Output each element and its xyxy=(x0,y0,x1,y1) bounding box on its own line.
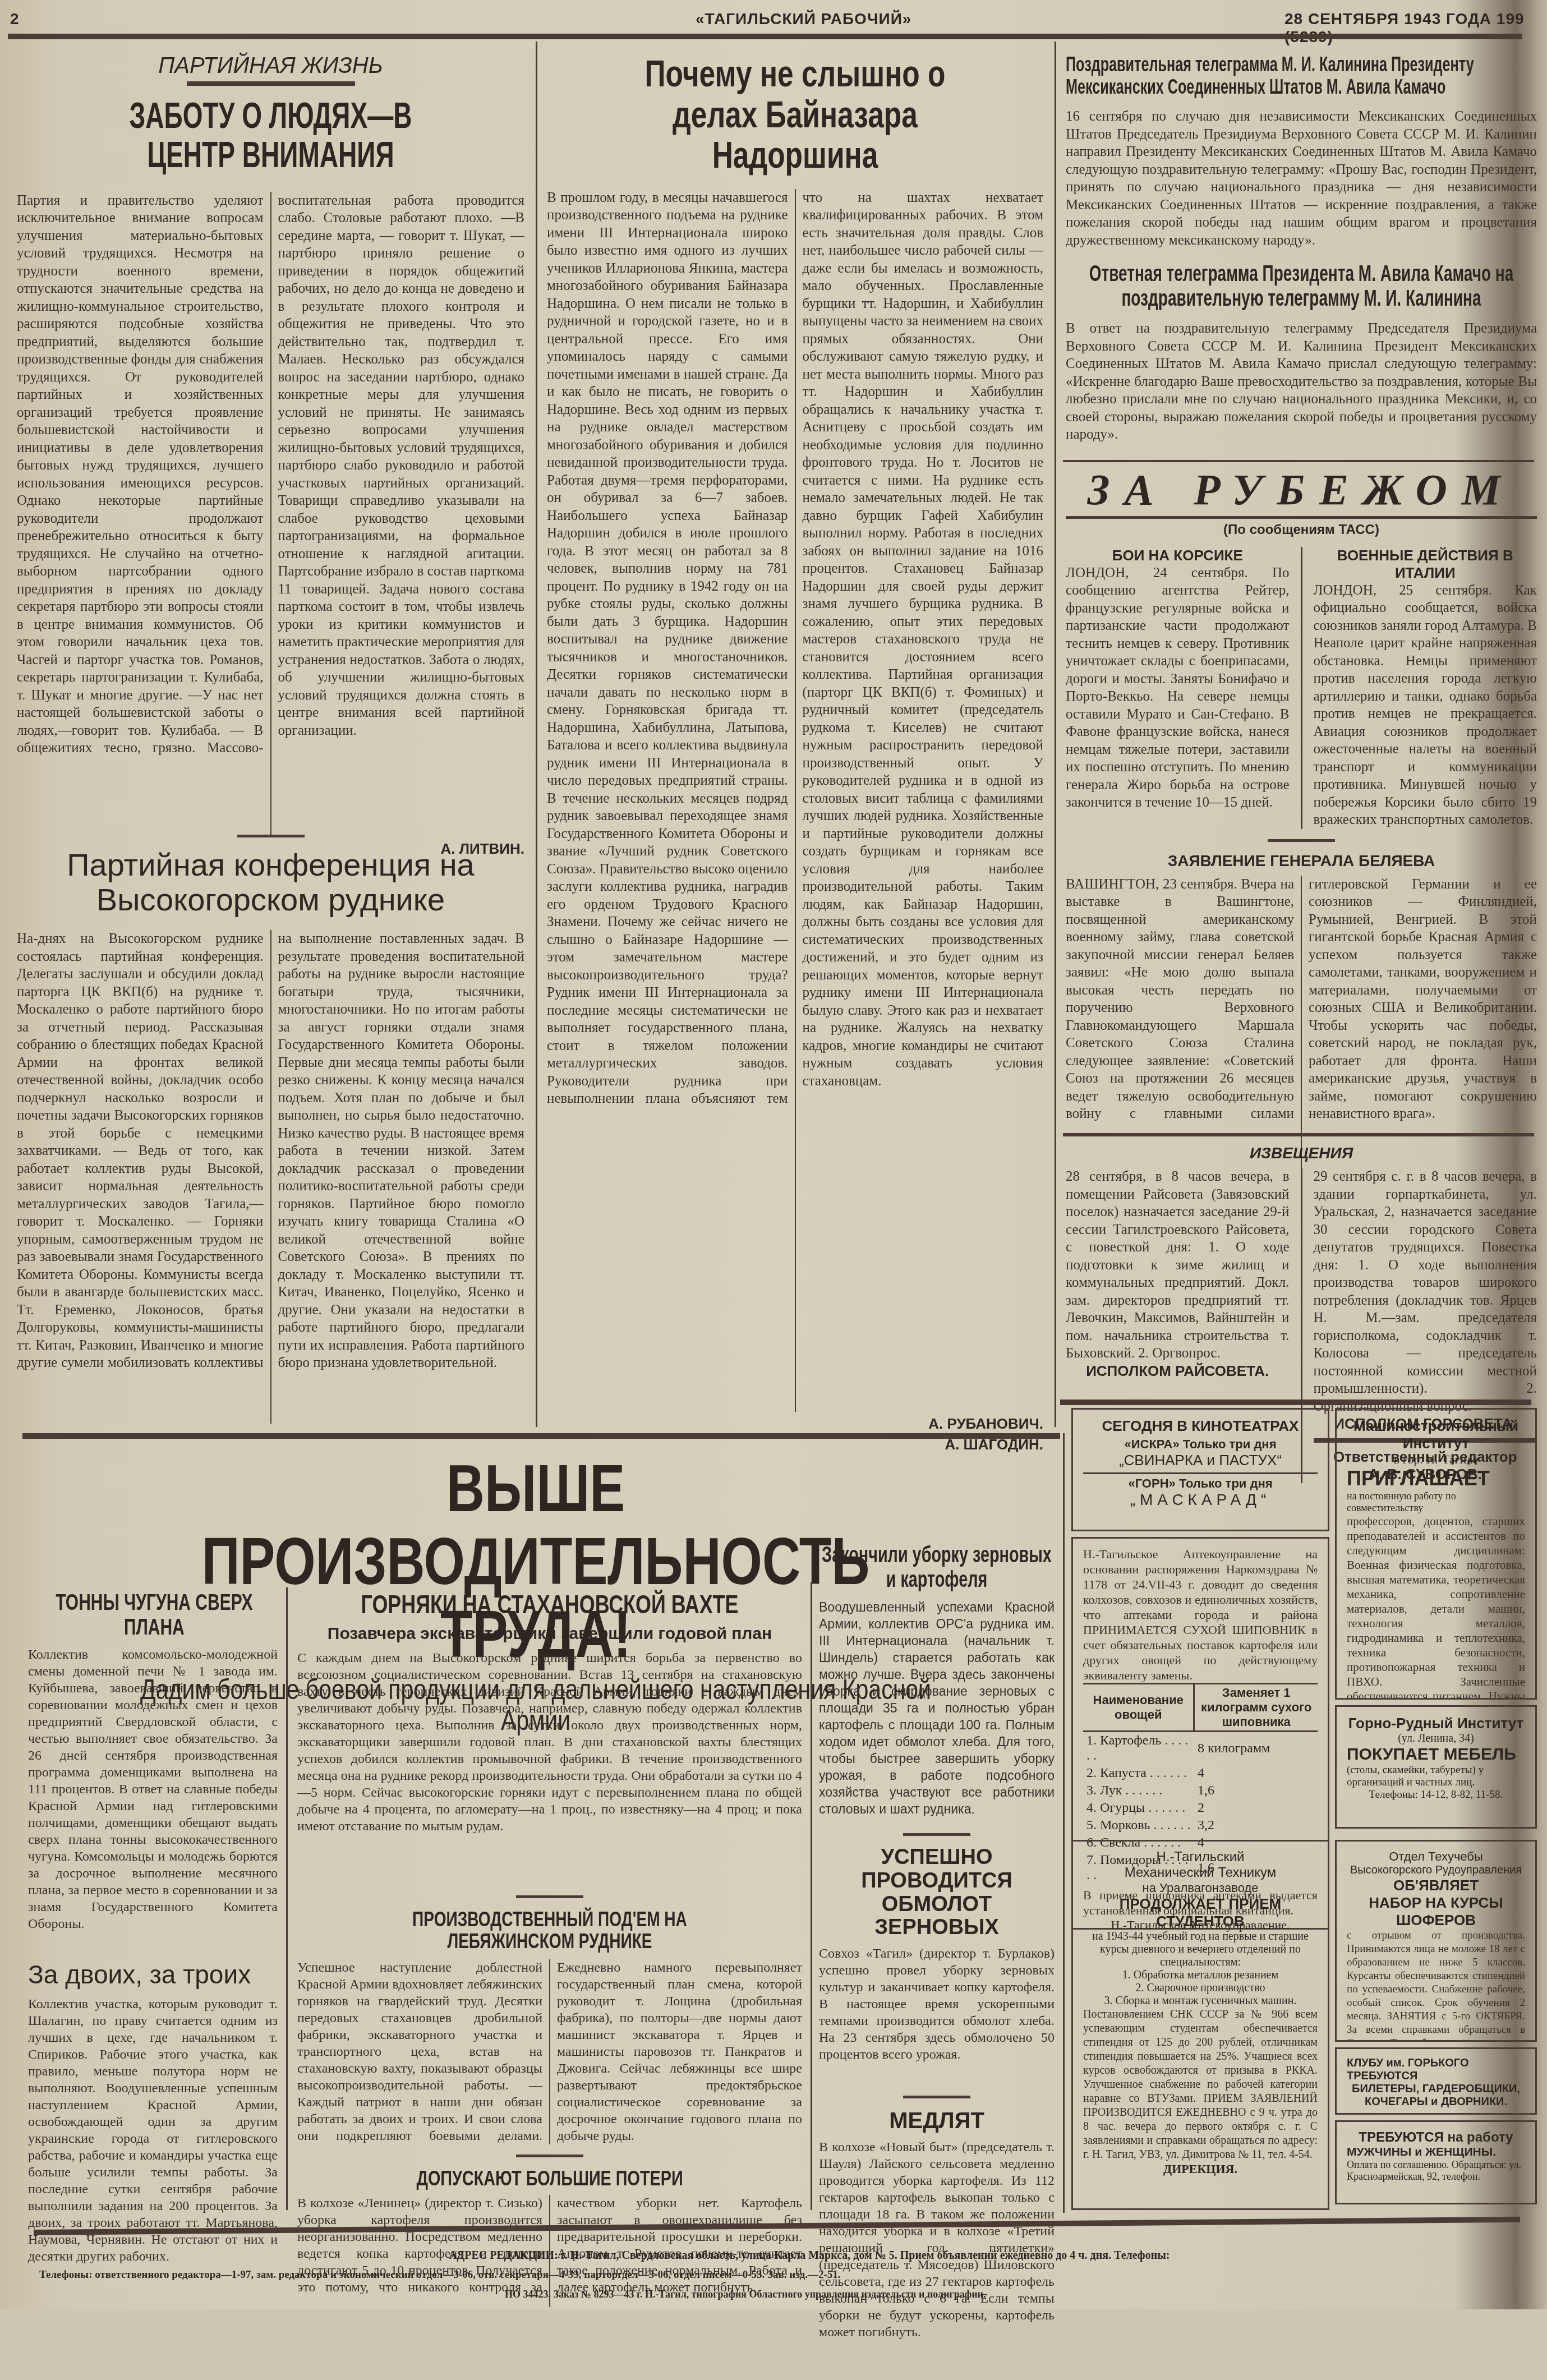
headline: Закончили уборку зерновых и картофеля xyxy=(819,1543,1055,1592)
editorial-address: АДРЕС РЕДАКЦИИ: г. Н.-Тагил, Свердловска… xyxy=(449,2249,1514,2262)
article-body: С каждым днем на Высокогорском руднике ш… xyxy=(297,1650,802,1885)
divider xyxy=(516,1895,583,1898)
abroad-underline xyxy=(1066,516,1537,519)
abroad-source: (По сообщениям ТАСС) xyxy=(1066,522,1537,538)
specialty: 3. Сборка и монтаж гусеничных машин. xyxy=(1083,1995,1318,2008)
abroad-rule xyxy=(1063,460,1534,462)
ad-phones: Телефоны: 14-12, 8-82, 11-58. xyxy=(1347,1789,1525,1801)
telegram-section: Поздравительная телеграмма М. И. Калинин… xyxy=(1066,53,1537,444)
rubric-party-life: ПАРТИЙНАЯ ЖИЗНЬ xyxy=(17,53,524,78)
article-party-conference: Партийная конференция на Высокогорском р… xyxy=(17,825,524,1424)
subheadline: Позавчера экскаваторщики завершили годов… xyxy=(297,1624,802,1643)
news-item: БОИ НА КОРСИКЕ ЛОНДОН, 24 сентября. По с… xyxy=(1066,547,1290,829)
column-divider xyxy=(536,42,537,1427)
article-nadorshin: Почему не слышно о делах Байназара Надор… xyxy=(547,53,1043,1453)
ad-intro: на 1943-44 учебный год на первые и старш… xyxy=(1083,1930,1318,1969)
vegetable-name: 2. Капуста . . . . . . xyxy=(1083,1765,1194,1782)
ad-title: Механический Техникум xyxy=(1083,1865,1318,1881)
ad-body: с отрывом от производства. Принимаются л… xyxy=(1347,1929,1525,2042)
ad-sign: ДИРЕКЦИЯ. xyxy=(1083,2162,1318,2176)
headline: ТОННЫ ЧУГУНА СВЕРХ ПЛАНА xyxy=(28,1590,278,1640)
table-row: 4. Огурцы . . . . . .2 xyxy=(1083,1799,1318,1817)
ad-announces: ОБ'ЯВЛЯЕТ xyxy=(1347,1877,1525,1894)
news-body: ЛОНДОН, 25 сентября. Как официально сооб… xyxy=(1314,582,1537,829)
vegetable-name: 1. Картофель . . . . . . xyxy=(1083,1732,1194,1765)
ad-city: в гор. Н.-Тагиле xyxy=(1347,1452,1525,1467)
editorial-phones: Телефоны: ответственного редактора—1-97,… xyxy=(39,2269,993,2281)
vegetable-name: 5. Морковь . . . . . . xyxy=(1083,1817,1194,1834)
news-headline: ВОЕННЫЕ ДЕЙСТВИЯ В ИТАЛИИ xyxy=(1314,547,1537,582)
ad-headline: ПРОДОЛЖАЕТ ПРИЕМ СТУДЕНТОВ xyxy=(1083,1895,1318,1930)
telegram2-body: В ответ на поздравительную телеграмму Пр… xyxy=(1066,320,1537,444)
table-row: 3. Лук . . . . . .1,6 xyxy=(1083,1782,1318,1799)
article-pig-iron: ТОННЫ ЧУГУНА СВЕРХ ПЛАНА Коллектив комсо… xyxy=(28,1590,278,2265)
column-header: Наименование овощей xyxy=(1083,1684,1194,1732)
ad-body: профессоров, доцентов, старших преподава… xyxy=(1347,1514,1525,1700)
machine-institute-ad: Машиностроительный Институт в гор. Н.-Та… xyxy=(1335,1408,1537,1700)
notices-title: ИЗВЕЩЕНИЯ xyxy=(1066,1144,1537,1162)
venue: «ИСКРА» xyxy=(1124,1437,1179,1451)
ad-body: БИЛЕТЕРЫ, ГАРДЕРОБЩИКИ, КОЧЕГАРЫ и ДВОРН… xyxy=(1347,2083,1525,2109)
section-rule xyxy=(1060,1400,1531,1405)
technicum-ad: Н.-Тагильский Механический Техникум на У… xyxy=(1071,1840,1329,2210)
ad-note: на постоянную работу по совместительству xyxy=(1347,1490,1525,1514)
cinema-ad: СЕГОДНЯ В КИНОТЕАТРАХ «ИСКРА» Только три… xyxy=(1071,1408,1329,1531)
article-body: Коллектив участка, которым руководит т. … xyxy=(28,1996,278,2265)
divider xyxy=(903,2096,970,2098)
wanted-ad: ТРЕБУЮТСЯ на работу МУЖЧИНЫ и ЖЕНЩИНЫ. О… xyxy=(1335,2120,1537,2204)
ad-headline: МУЖЧИНЫ и ЖЕНЩИНЫ. xyxy=(1347,2146,1525,2159)
news-row: БОИ НА КОРСИКЕ ЛОНДОН, 24 сентября. По с… xyxy=(1066,547,1537,829)
venue: «ГОРН» xyxy=(1128,1476,1175,1490)
ad-title: Высокогорского Рудоуправления xyxy=(1347,1864,1525,1877)
article-body: Воодушевленный успехами Красной Армии, к… xyxy=(819,1599,1055,1823)
article-body: В прошлом году, в месяцы начавшегося про… xyxy=(547,189,1043,1412)
article-body: Коллектив комсомольско-молодежной смены … xyxy=(28,1646,278,1949)
headline: Партийная конференция на Высокогорском р… xyxy=(17,848,524,917)
film-title: „СВИНАРКА и ПАСТУХ“ xyxy=(1083,1452,1318,1469)
signature-1: А. РУБАНОВИЧ. xyxy=(547,1415,1043,1433)
equivalent-amount: 2 xyxy=(1194,1799,1318,1817)
news-body: ЛОНДОН, 24 сентября. По сообщению агентс… xyxy=(1066,564,1290,812)
cinema-title: СЕГОДНЯ В КИНОТЕАТРАХ xyxy=(1083,1417,1318,1435)
equivalent-amount: 3,2 xyxy=(1194,1817,1318,1834)
article-body: Успешное наступление доблестной Красной … xyxy=(297,1959,802,2144)
equivalent-amount: 8 килограмм xyxy=(1194,1732,1318,1765)
specialty: 1. Обработка металлов резанием xyxy=(1083,1969,1318,1982)
venue-note: Только три дня xyxy=(1179,1476,1273,1490)
notice-body: 28 сентября, в 8 часов вечера, в помещен… xyxy=(1066,1168,1290,1362)
vegetable-name: 3. Лук . . . . . . xyxy=(1083,1782,1194,1799)
news-headline: ЗАЯВЛЕНИЕ ГЕНЕРАЛА БЕЛЯЕВА xyxy=(1066,852,1537,870)
headline: ПРОИЗВОДСТВЕННЫЙ ПОД'ЕМ НА ЛЕБЯЖИНСКОМ Р… xyxy=(297,1908,802,1953)
headline: ДОПУСКАЮТ БОЛЬШИЕ ПОТЕРИ xyxy=(297,2167,802,2190)
ad-title: Н.-Тагильский xyxy=(1083,1849,1318,1865)
masthead-rule xyxy=(8,34,1522,39)
article-party-life: ПАРТИЙНАЯ ЖИЗНЬ ЗАБОТУ О ЛЮДЯХ—В ЦЕНТР В… xyxy=(17,53,524,858)
newspaper-name: «ТАГИЛЬСКИЙ РАБОЧИЙ» xyxy=(696,10,911,28)
headline: МЕДЛЯТ xyxy=(819,2109,1055,2133)
driver-courses-ad: Отдел Техучебы Высокогорского Рудоуправл… xyxy=(1335,1840,1537,2042)
equivalent-amount: 1,6 xyxy=(1194,1782,1318,1799)
column-divider xyxy=(1055,42,1056,1427)
column-divider xyxy=(1063,1433,1065,2213)
divider xyxy=(1268,839,1335,842)
newspaper-page: 2 «ТАГИЛЬСКИЙ РАБОЧИЙ» 28 СЕНТЯБРЯ 1943 … xyxy=(0,0,1547,2309)
news-item: ВОЕННЫЕ ДЕЙСТВИЯ В ИТАЛИИ ЛОНДОН, 25 сен… xyxy=(1314,547,1537,829)
issue-date: 28 СЕНТЯБРЯ 1943 ГОДА 199 (5289) xyxy=(1284,10,1547,46)
ad-address: (ул. Ленина, 34) xyxy=(1347,1732,1525,1745)
article-body: Совхоз «Тагил» (директор т. Бурлаков) ус… xyxy=(819,1945,1055,2086)
article-miners: ГОРНЯКИ НА СТАХАНОВСКОЙ ВАХТЕ Позавчера … xyxy=(297,1590,802,2307)
ad-title: Горно-Рудный Институт xyxy=(1347,1715,1525,1732)
telegram1-body: 16 сентября по случаю дня независимости … xyxy=(1066,108,1537,249)
ad-body: Постановлением СНК СССР за № 966 всем ус… xyxy=(1083,2008,1318,2162)
notice-body: 29 сентября с. г. в 8 часов вечера, в зд… xyxy=(1314,1168,1537,1415)
ad-headline: ПОКУПАЕТ МЕБЕЛЬ xyxy=(1347,1745,1525,1764)
ad-title: КЛУБУ им. ГОРЬКОГО ТРЕБУЮТСЯ xyxy=(1347,2057,1525,2083)
headline: ГОРНЯКИ НА СТАХАНОВСКОЙ ВАХТЕ xyxy=(297,1590,802,1619)
ad-title: на Уралвагонзаводе xyxy=(1083,1881,1318,1895)
film-title: „МАСКАРАД“ xyxy=(1083,1491,1318,1509)
printer-info: НО 34423. Заказ № 8293—43 г. Н.-Тагил, т… xyxy=(505,2289,1346,2300)
headline: УСПЕШНО ПРОВОДИТСЯ ОБМОЛОТ ЗЕРНОВЫХ xyxy=(819,1846,1055,1940)
notice-sign: ИСПОЛКОМ РАЙСОВЕТА. xyxy=(1066,1362,1290,1380)
divider xyxy=(516,2155,583,2157)
article-harvest: Закончили уборку зерновых и картофеля Во… xyxy=(819,1543,1055,2309)
article-body: Партия и правительство уделяют исключите… xyxy=(17,192,524,837)
ad-body: Оплата по соглашению. Обращаться: ул. Кр… xyxy=(1347,2159,1525,2183)
club-ad: КЛУБУ им. ГОРЬКОГО ТРЕБУЮТСЯ БИЛЕТЕРЫ, Г… xyxy=(1335,2047,1537,2115)
ad-headline: ПРИГЛАШАЕТ xyxy=(1347,1467,1525,1490)
column-divider xyxy=(286,1587,288,2210)
telegram1-headline: Поздравительная телеграмма М. И. Калинин… xyxy=(1066,53,1537,98)
ad-title: ТРЕБУЮТСЯ на работу xyxy=(1347,2130,1525,2146)
table-row: 1. Картофель . . . . . .8 килограмм xyxy=(1083,1732,1318,1765)
ad-headline: НАБОР НА КУРСЫ ШОФЕРОВ xyxy=(1347,1894,1525,1929)
ad-note: (столы, скамейки, табуреты) у организаци… xyxy=(1347,1764,1525,1789)
column-header: Заменяет 1 килограмм сухого шиповника xyxy=(1194,1684,1318,1732)
headline: Почему не слышно о делах Байназара Надор… xyxy=(547,53,1043,176)
divider xyxy=(237,835,305,837)
divider xyxy=(903,1833,970,1836)
equivalent-amount: 4 xyxy=(1194,1765,1318,1782)
page-number: 2 xyxy=(10,10,20,28)
ad-title: Отдел Техучебы xyxy=(1347,1849,1525,1864)
ad-title: Машиностроительный Институт xyxy=(1347,1417,1525,1452)
column-divider xyxy=(811,1582,812,2210)
notices-rule xyxy=(1063,1133,1534,1136)
telegram2-headline: Ответная телеграмма Президента М. Авила … xyxy=(1066,261,1537,311)
abroad-title: ЗА РУБЕЖОМ xyxy=(1066,466,1537,514)
venue-note: Только три дня xyxy=(1183,1437,1277,1451)
rubric-underline xyxy=(187,81,355,86)
news-headline: БОИ НА КОРСИКЕ xyxy=(1066,547,1290,564)
section-rule xyxy=(22,1433,1060,1439)
headline: ЗАБОТУ О ЛЮДЯХ—В ЦЕНТР ВНИМАНИЯ xyxy=(17,96,524,175)
mining-institute-ad: Горно-Рудный Институт (ул. Ленина, 34) П… xyxy=(1335,1705,1537,1829)
abroad-section: ЗА РУБЕЖОМ (По сообщениям ТАСС) БОИ НА К… xyxy=(1066,466,1537,1223)
table-row: 2. Капуста . . . . . .4 xyxy=(1083,1765,1318,1782)
article-body: На-днях на Высокогорском руднике состоял… xyxy=(17,930,524,1424)
headline: За двоих, за троих xyxy=(28,1960,278,1989)
pharmacy-body: Н.-Тагильское Аптекоуправление на основа… xyxy=(1083,1546,1318,1683)
column-divider xyxy=(1301,547,1302,829)
specialty: 2. Сварочное производство xyxy=(1083,1982,1318,1995)
table-row: 5. Морковь . . . . . .3,2 xyxy=(1083,1817,1318,1834)
vegetable-name: 4. Огурцы . . . . . . xyxy=(1083,1799,1194,1817)
